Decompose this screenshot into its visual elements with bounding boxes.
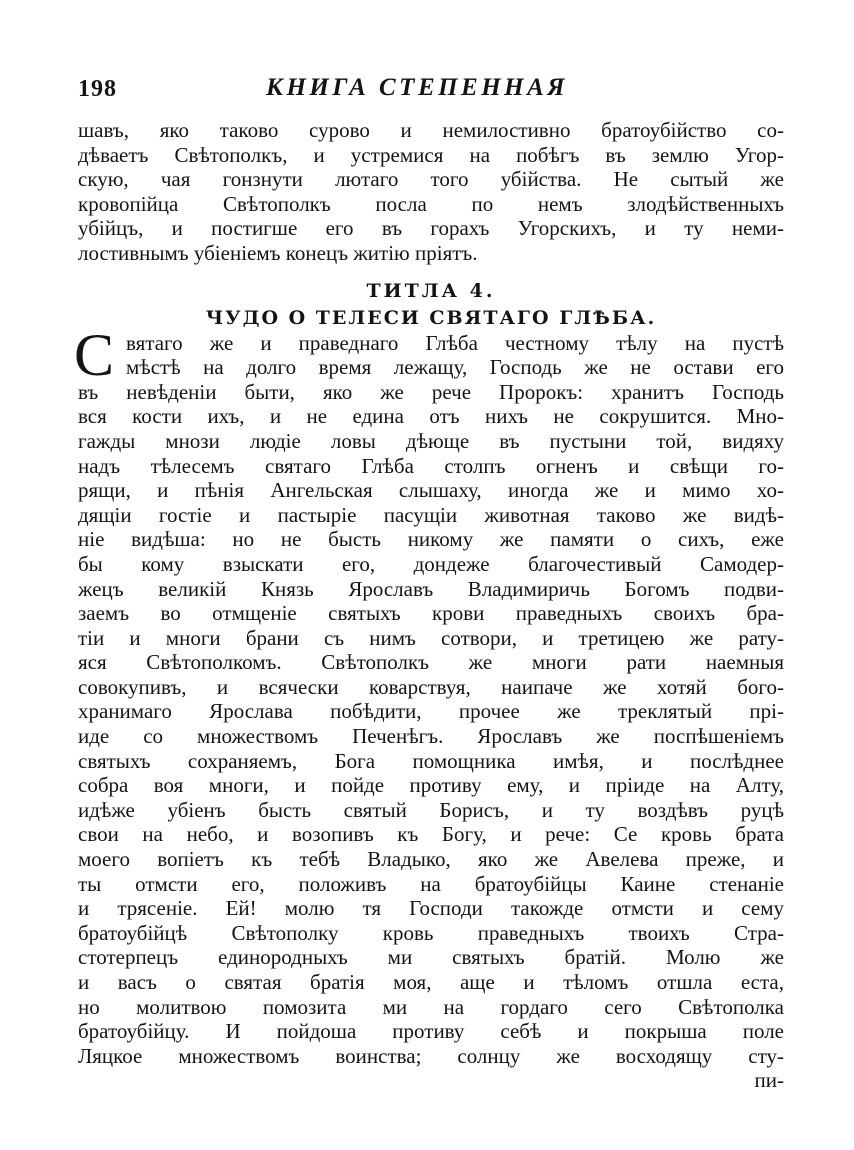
text-line: ты отмсти его, положивъ на братоубійцы К… [78,872,784,897]
text-line: мѣстѣ на долго время лежащу, Господь же … [78,355,784,380]
text-line: рящи, и пѣнія Ангельская слышаху, иногда… [78,478,784,503]
text-line: тіи и многи брани съ нимъ сотвори, и тре… [78,626,784,651]
text-line: убійцъ, и постигше его въ горахъ Угорски… [78,216,784,241]
text-line: вся кости ихъ, и не едина отъ нихъ не со… [78,404,784,429]
text-line: дящіи гостіе и пастыріе пасущіи животная… [78,503,784,528]
page-number: 198 [78,76,117,103]
text-line: иде со множествомъ Печенѣгъ. Ярославъ же… [78,724,784,749]
text-line: свои на небо, и возопивъ къ Богу, и рече… [78,822,784,847]
text-line: лостивнымъ убіеніемъ конецъ житію пріятъ… [78,241,784,266]
text-line: вятаго же и праведнаго Глѣба честному тѣ… [78,331,784,356]
chapter-label: ТИТЛА 4. [78,278,784,305]
text-line: хранимаго Ярослава побѣдити, прочее же т… [78,699,784,724]
text-line: шавъ, яко таково сурово и немилостивно б… [78,118,784,143]
text-line: собра воя многи, и пойде противу ему, и … [78,773,784,798]
text-line: ніе видѣша: но не бысть никому же памяти… [78,527,784,552]
catchword: пи- [78,1068,784,1093]
text-block: шавъ, яко таково сурово и немилостивно б… [78,118,784,1093]
running-head: 198 КНИГА СТЕПЕННАЯ [78,72,784,104]
text-line: скую, чая гонзнути лютаго того убійства.… [78,167,784,192]
text-line: гажды мнози людіе ловы дѣюще въ пустыни … [78,429,784,454]
text-line: надъ тѣлесемъ святаго Глѣба столпъ огнен… [78,454,784,479]
text-line: Ляцкое множествомъ воинства; солнцу же в… [78,1044,784,1069]
text-line: идѣже убіенъ бысть святый Борисъ, и ту в… [78,798,784,823]
text-line: святыхъ сохраняемъ, Бога помощника имѣя,… [78,749,784,774]
text-line: жецъ великій Князь Ярославъ Владимиричь … [78,577,784,602]
text-line: яся Свѣтополкомъ. Свѣтополкъ же многи ра… [78,650,784,675]
text-line: кровопійца Свѣтополкъ посла по немъ злод… [78,192,784,217]
text-line: бы кому взыскати его, дондеже благочести… [78,552,784,577]
text-line: совокупивъ, и всячески коварствуя, наипа… [78,675,784,700]
text-line: дѣваетъ Свѣтополкъ, и устремися на побѣг… [78,143,784,168]
text-line: и трясеніе. Ей! молю тя Господи такожде … [78,896,784,921]
drop-cap: С [74,327,114,383]
running-title: КНИГА СТЕПЕННАЯ [266,74,568,102]
text-line: братоубійцу. И пойдоша противу себѣ и по… [78,1019,784,1044]
text-line: заемъ во отмщеніе святыхъ крови праведны… [78,601,784,626]
chapter-title: ЧУДО О ТЕЛЕСИ СВЯТАГО ГЛѢБА. [78,305,784,331]
intro-paragraph: шавъ, яко таково сурово и немилостивно б… [78,118,784,266]
text-line: въ невѣденіи быти, яко же рече Пророкъ: … [78,380,784,405]
text-line: и васъ о святая братія моя, аще и тѣломъ… [78,970,784,995]
main-paragraph: С вятаго же и праведнаго Глѣба честному … [78,331,784,1093]
book-page: 198 КНИГА СТЕПЕННАЯ шавъ, яко таково сур… [78,0,784,1150]
text-line: стотерпецъ единородныхъ ми святыхъ браті… [78,945,784,970]
text-line: братоубійцѣ Свѣтополку кровь праведныхъ … [78,921,784,946]
text-line: но молитвою помозита ми на гордаго сего … [78,995,784,1020]
text-line: моего вопіетъ къ тебѣ Владыко, яко же Ав… [78,847,784,872]
